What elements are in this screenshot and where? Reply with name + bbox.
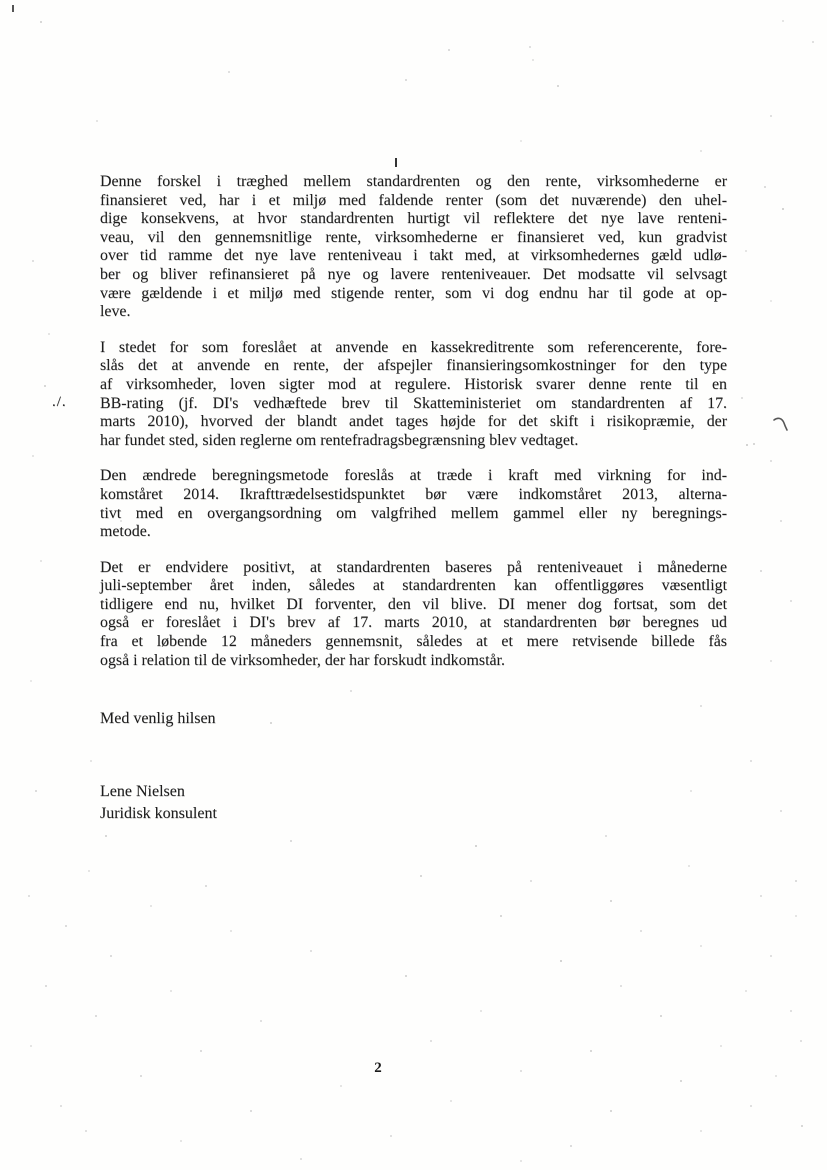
enclosure-margin-mark: ./. (52, 394, 67, 411)
paragraph-line: også i relation til de virksomheder, der… (100, 652, 727, 671)
paragraph-line: komståret 2014. Ikrafttrædelsestidspunkt… (100, 486, 727, 505)
paragraph-line: slås det at anvende en rente, der afspej… (100, 357, 727, 376)
paragraph-line: over tid ramme det nye lave renteniveau … (100, 247, 727, 266)
scan-artifact-corner-tick (12, 5, 14, 12)
closing-salutation: Med venlig hilsen (100, 710, 216, 728)
paragraph-line: veau, vil den gennemsnitlige rente, virk… (100, 229, 727, 248)
paragraph: Denne forskel i træghed mellem standardr… (100, 173, 727, 322)
scanned-letter-page: ./. Denne forskel i træghed mellem stand… (0, 0, 827, 1170)
scan-artifact-tick (395, 158, 397, 167)
paragraph-line: Den ændrede beregningsmetode foreslås at… (100, 467, 727, 486)
paragraph-line: metode. (100, 523, 727, 542)
paragraph-line: leve. (100, 303, 727, 322)
paragraph-line: også er foreslået i DI's brev af 17. mar… (100, 614, 727, 633)
paragraph-line: tivt med en overgangsordning om valgfrih… (100, 505, 727, 524)
paragraph-line: ber og bliver refinansieret på nye og la… (100, 266, 727, 285)
page-number: 2 (368, 1060, 388, 1077)
pen-stroke-mark (772, 415, 794, 435)
paragraph-line: I stedet for som foreslået at anvende en… (100, 339, 727, 358)
paragraph-line: BB-rating (jf. DI's vedhæftede brev til … (100, 395, 727, 414)
paragraph: Den ændrede beregningsmetode foreslås at… (100, 467, 727, 541)
signature-name: Lene Nielsen (100, 783, 185, 801)
paragraph-line: være gældende i et miljø med stigende re… (100, 285, 727, 304)
signature-title: Juridisk konsulent (100, 805, 217, 823)
paragraph-line: Det er endvidere positivt, at standardre… (100, 559, 727, 578)
paragraph-line: fra et løbende 12 måneders gennemsnit, s… (100, 633, 727, 652)
paragraph: I stedet for som foreslået at anvende en… (100, 339, 727, 451)
paragraph-line: af virksomheder, loven sigter mod at reg… (100, 376, 727, 395)
paragraph-line: finansieret ved, har i et miljø med fald… (100, 192, 727, 211)
letter-body: Denne forskel i træghed mellem standardr… (100, 173, 727, 687)
paragraph: Det er endvidere positivt, at standardre… (100, 559, 727, 671)
paragraph-line: dige konsekvens, at hvor standardrenten … (100, 210, 727, 229)
scan-noise-specks (0, 0, 2, 2)
paragraph-line: marts 2010), hvorved der blandt andet ta… (100, 413, 727, 432)
paragraph-line: tidligere end nu, hvilket DI forventer, … (100, 596, 727, 615)
paragraph-line: juli-september året inden, således at st… (100, 577, 727, 596)
paragraph-line: har fundet sted, siden reglerne om rente… (100, 432, 727, 451)
paragraph-line: Denne forskel i træghed mellem standardr… (100, 173, 727, 192)
